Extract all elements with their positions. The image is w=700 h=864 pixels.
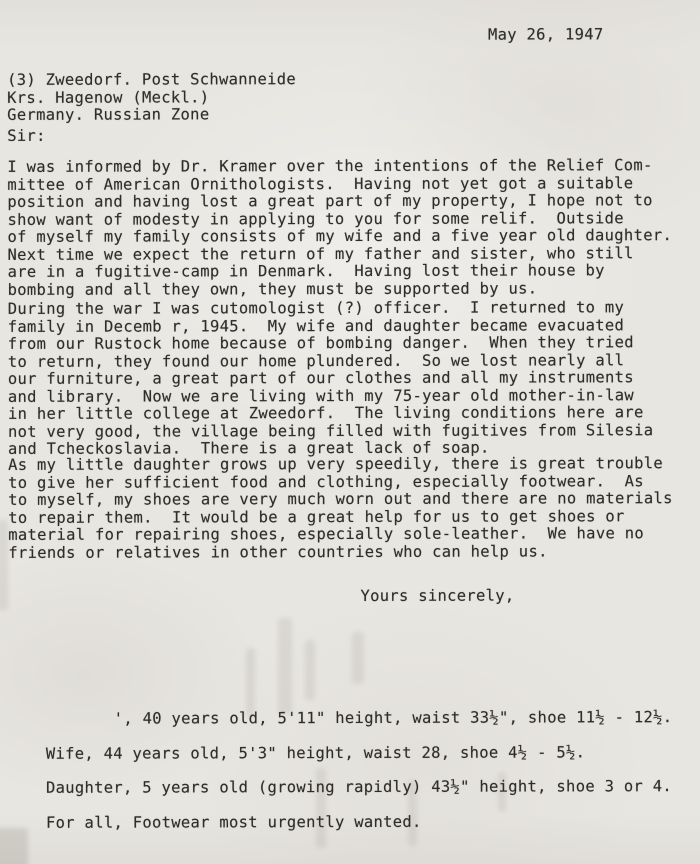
measurements-list: ', 40 years old, 5'11" height, waist 33½… [46,709,673,849]
letter-sheet: May 26, 1947 (3) Zweedorf. Post Schwanne… [0,0,700,864]
sender-address: (3) Zweedorf. Post SchwanneideKrs. Hagen… [7,71,296,124]
text-line: Wife, 44 years old, 5'3" height, waist 2… [46,744,673,780]
text-line: For all, Footwear most urgently wanted. [46,813,673,849]
text-line: are in a fugitive-camp in Denmark. Havin… [8,262,673,281]
paragraph-introduction: I was informed by Dr. Kramer over the in… [7,157,672,299]
paragraph-needs: As my little daughter grows up very spee… [8,455,673,562]
text-line: (3) Zweedorf. Post Schwanneide [7,71,296,89]
salutation: Sir: [7,128,46,146]
closing-salutation: Yours sincerely, [360,588,514,606]
text-line: material for repairing shoes, especially… [8,525,673,544]
text-line: bombing and all they own, they must be s… [8,280,673,299]
text-line: friends or relatives in other countries … [8,543,673,562]
text-line: Germany. Russian Zone [7,106,296,124]
text-line: ', 40 years old, 5'11" height, waist 33½… [46,709,673,745]
paragraph-war-history: During the war I was cutomologist (?) of… [8,299,654,458]
letter-page: May 26, 1947 (3) Zweedorf. Post Schwanne… [0,0,700,864]
text-line: Krs. Hagenow (Meckl.) [7,89,296,107]
text-line: not very good, the village being filled … [8,422,653,441]
letter-date: May 26, 1947 [488,26,604,44]
text-line: Daughter, 5 years old (growing rapidly) … [46,778,673,814]
